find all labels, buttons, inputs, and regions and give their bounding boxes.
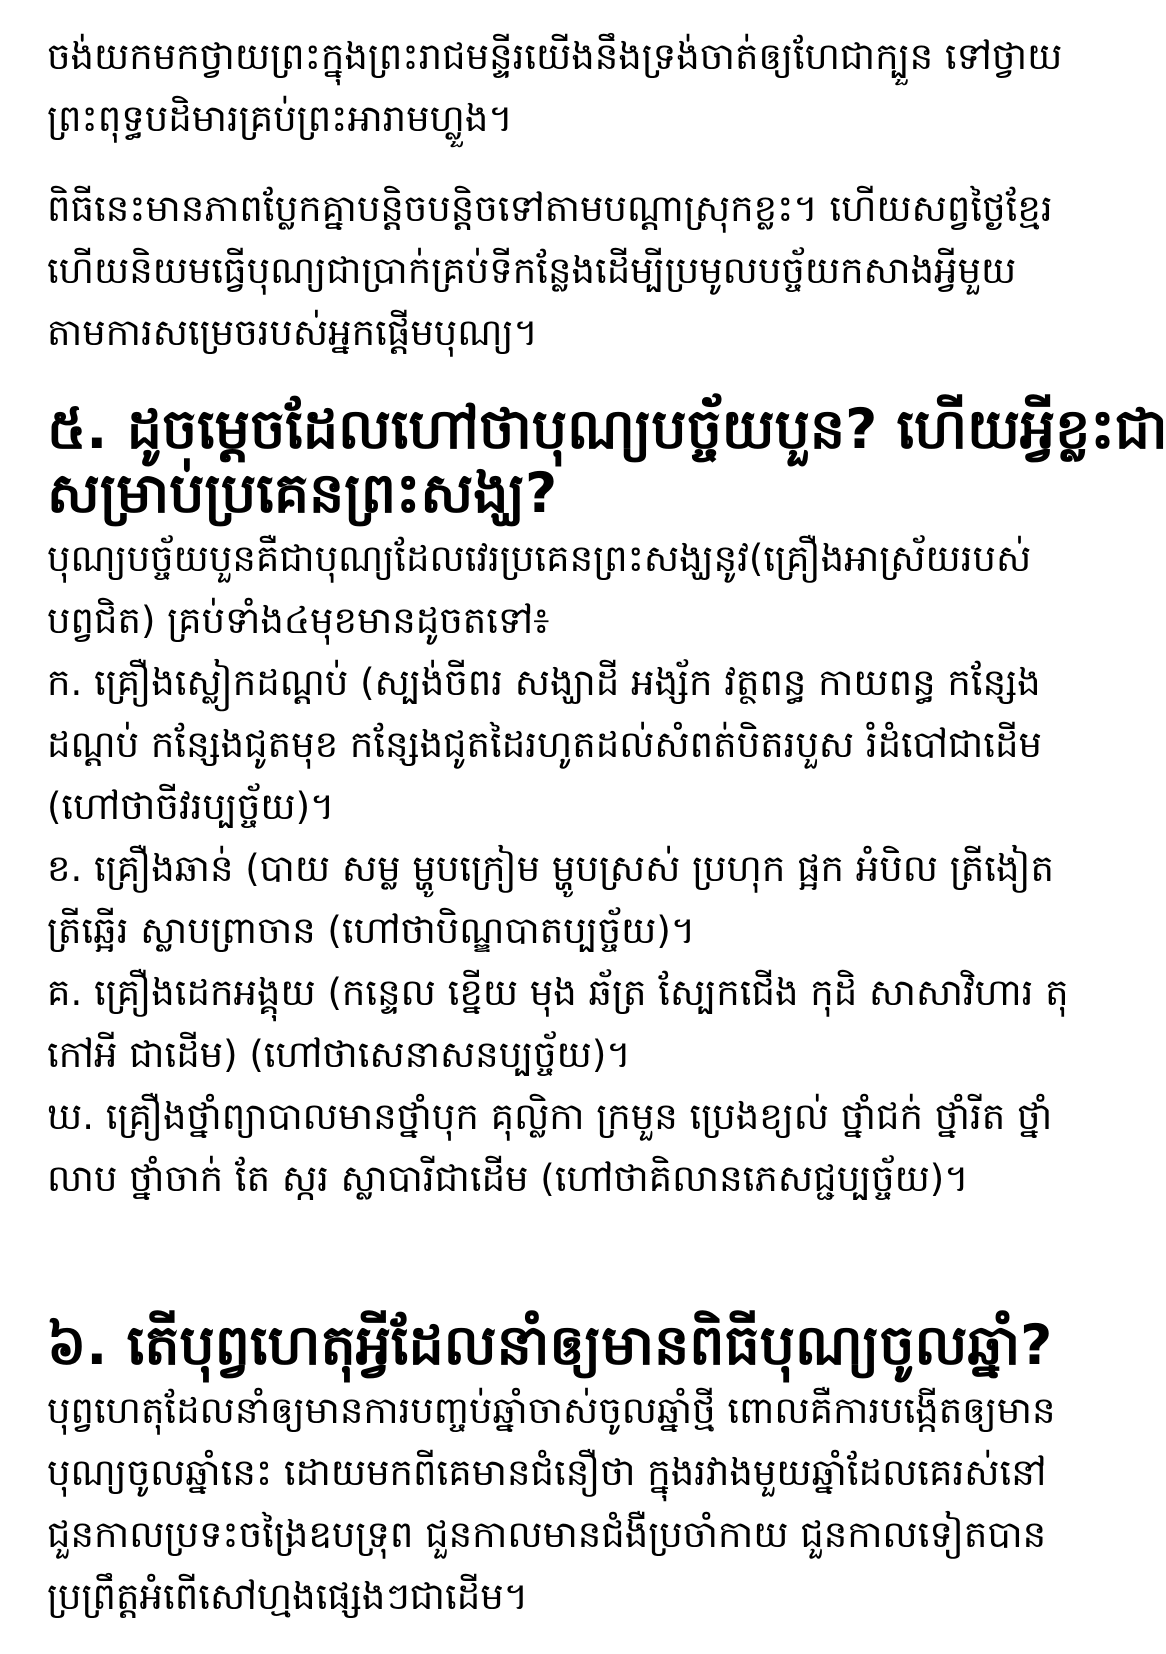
text-line: ៦. តើបុព្វហេតុអ្វីដែលនាំឲ្យមានពិធីបុណ្យច… [47, 1314, 1121, 1378]
text-line: ៥. ដូចម្ដេចដែលហៅថាបុណ្យបច្ច័យបួន? ហើយអ្វ… [47, 398, 1121, 462]
text-line: ត្រីឆ្អើរ ស្លាបព្រាចាន (ហៅថាបិណ្ឌបាតប្បច… [47, 900, 1121, 962]
text-line: ឃ. គ្រឿងថ្នាំព្យាបាលមានថ្នាំបុក គុល្លិកា… [47, 1086, 1121, 1148]
text-line: ប្រព្រឹត្តអំពើសៅហ្មងផ្សេងៗជាដើម។ [47, 1566, 1121, 1628]
text-line: លាប ថ្នាំចាក់ តែ ស្ករ ស្លាបារីជាដើម (ហៅថ… [47, 1148, 1121, 1210]
text-line: ហើយនិយមធ្វើបុណ្យជាប្រាក់គ្រប់ទីកន្លែងដើម… [47, 240, 1121, 302]
document-page: ចង់យកមកថ្វាយព្រះក្នុងព្រះរាជមន្ទីរយើងនឹង… [0, 0, 1166, 1654]
section-heading-6: ៦. តើបុព្វហេតុអ្វីដែលនាំឲ្យមានពិធីបុណ្យច… [47, 1314, 1121, 1378]
text-line: គ. គ្រឿងដេកអង្គុយ (កន្ទេល ខ្នើយ មុង ឆ័ត្… [47, 962, 1121, 1024]
section-heading-5: ៥. ដូចម្ដេចដែលហៅថាបុណ្យបច្ច័យបួន? ហើយអ្វ… [47, 398, 1121, 526]
paragraph: ចង់យកមកថ្វាយព្រះក្នុងព្រះរាជមន្ទីរយើងនឹង… [47, 26, 1121, 150]
paragraph: ពិធីនេះមានភាពប្លែកគ្នាបន្តិចបន្តិចទៅតាមប… [47, 178, 1121, 364]
text-line: ជួនកាលប្រទះចង្រៃឧបទ្រុព ជួនកាលមានជំងឺប្រ… [47, 1504, 1121, 1566]
text-line: សម្រាប់ប្រគេនព្រះសង្ឃ? [47, 462, 1121, 526]
text-line: កៅអី ជាដើម) (ហៅថាសេនាសនប្បច្ច័យ)។ [47, 1024, 1121, 1086]
text-line: បព្វជិត) គ្រប់ទាំង៤មុខមានដូចតទៅ៖ [47, 590, 1121, 652]
text-line: បុព្វហេតុដែលនាំឲ្យមានការបញ្ចប់ឆ្នាំចាស់ច… [47, 1380, 1121, 1442]
text-line: ព្រះពុទ្ធបដិមារគ្រប់ព្រះអារាមហ្លួង។ [47, 88, 1121, 150]
text-line: (ហៅថាចីវរប្បច្ច័យ)។ [47, 776, 1121, 838]
text-line: ពិធីនេះមានភាពប្លែកគ្នាបន្តិចបន្តិចទៅតាមប… [47, 178, 1121, 240]
paragraph: បុណ្យបច្ច័យបួនគឺជាបុណ្យដែលវេរប្រគេនព្រះស… [47, 528, 1121, 1210]
text-line: ក. គ្រឿងស្លៀកដណ្ដប់ (ស្បង់ចីពរ សង្ឃាដី អ… [47, 652, 1121, 714]
text-line: តាមការសម្រេចរបស់អ្នកផ្ដើមបុណ្យ។ [47, 302, 1121, 364]
text-line: ដណ្ដប់ កន្សែងជូតមុខ កន្សែងជូតដៃរហូតដល់សំ… [47, 714, 1121, 776]
text-line: បុណ្យបច្ច័យបួនគឺជាបុណ្យដែលវេរប្រគេនព្រះស… [47, 528, 1121, 590]
text-line: ខ. គ្រឿងឆាន់ (បាយ សម្ល ម្ហូបក្រៀម ម្ហូបស… [47, 838, 1121, 900]
paragraph: បុព្វហេតុដែលនាំឲ្យមានការបញ្ចប់ឆ្នាំចាស់ច… [47, 1380, 1121, 1628]
text-line: ចង់យកមកថ្វាយព្រះក្នុងព្រះរាជមន្ទីរយើងនឹង… [47, 26, 1121, 88]
text-line: បុណ្យចូលឆ្នាំនេះ ដោយមកពីគេមានជំនឿថា ក្នុ… [47, 1442, 1121, 1504]
